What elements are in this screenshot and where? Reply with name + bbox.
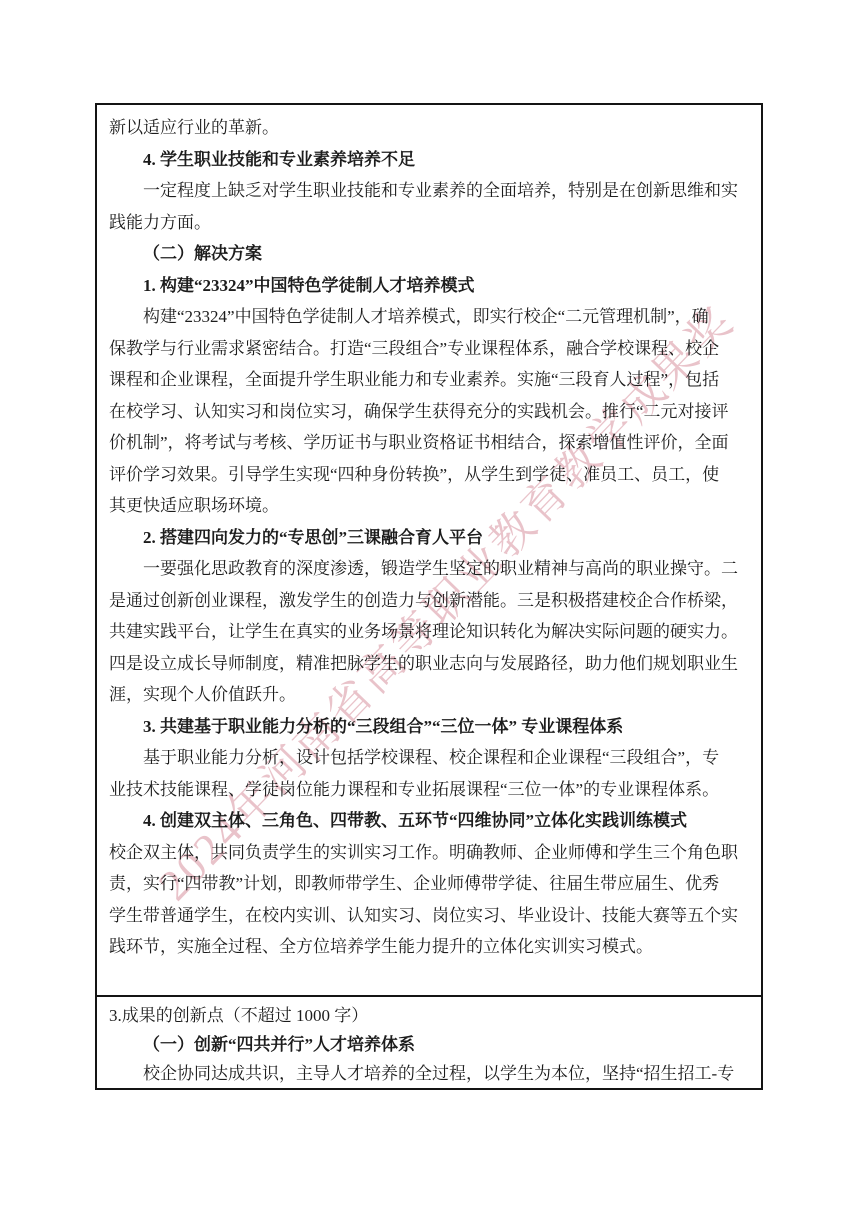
text-line: 四是设立成长导师制度，精准把脉学生的职业志向与发展路径，助力他们规划职业生 xyxy=(109,648,749,680)
text-line: 构建“23324”中国特色学徒制人才培养模式，即实行校企“二元管理机制”，确 xyxy=(109,301,749,333)
table-cell-innovation-section: 3.成果的创新点（不超过 1000 字）（一）创新“四共并行”人才培养体系校企协… xyxy=(97,997,761,1088)
text-line: （二）解决方案 xyxy=(109,238,749,270)
text-line: 1. 构建“23324”中国特色学徒制人才培养模式 xyxy=(109,270,749,302)
text-line: 新以适应行业的革新。 xyxy=(109,112,749,144)
text-line: 在校学习、认知实习和岗位实习，确保学生获得充分的实践机会。推行“二元对接评 xyxy=(109,396,749,428)
text-line: 业技术技能课程、学徒岗位能力课程和专业拓展课程“三位一体”的专业课程体系。 xyxy=(109,774,749,806)
text-line: 评价学习效果。引导学生实现“四种身份转换”，从学生到学徒、准员工、员工，使 xyxy=(109,459,749,491)
text-line: 是通过创新创业课程，激发学生的创造力与创新潜能。三是积极搭建校企合作桥梁， xyxy=(109,585,749,617)
text-line: 校企双主体，共同负责学生的实训实习工作。明确教师、企业师傅和学生三个角色职 xyxy=(109,837,749,869)
text-line: 践能力方面。 xyxy=(109,207,749,239)
text-line: 基于职业能力分析，设计包括学校课程、校企课程和企业课程“三段组合”，专 xyxy=(109,742,749,774)
table-cell-solution-section: 新以适应行业的革新。4. 学生职业技能和专业素养培养不足一定程度上缺乏对学生职业… xyxy=(97,105,761,997)
text-line: 2. 搭建四向发力的“专思创”三课融合育人平台 xyxy=(109,522,749,554)
text-line: 课程和企业课程，全面提升学生职业能力和专业素养。实施“三段育人过程”，包括 xyxy=(109,364,749,396)
text-line: 一定程度上缺乏对学生职业技能和专业素养的全面培养，特别是在创新思维和实 xyxy=(109,175,749,207)
text-line: 涯，实现个人价值跃升。 xyxy=(109,679,749,711)
text-line: 责，实行“四带教”计划，即教师带学生、企业师傅带学徒、往届生带应届生、优秀 xyxy=(109,868,749,900)
text-line: 3.成果的创新点（不超过 1000 字） xyxy=(109,1001,749,1030)
text-line: 共建实践平台，让学生在真实的业务场景将理论知识转化为解决实际问题的硬实力。 xyxy=(109,616,749,648)
text-line: 4. 学生职业技能和专业素养培养不足 xyxy=(109,144,749,176)
text-line: 3. 共建基于职业能力分析的“三段组合”“三位一体” 专业课程体系 xyxy=(109,711,749,743)
text-line: 校企协同达成共识，主导人才培养的全过程，以学生为本位，坚持“招生招工-专 xyxy=(109,1059,749,1088)
form-table: 新以适应行业的革新。4. 学生职业技能和专业素养培养不足一定程度上缺乏对学生职业… xyxy=(95,103,763,1090)
text-line: 一要强化思政教育的深度渗透，锻造学生坚定的职业精神与高尚的职业操守。二 xyxy=(109,553,749,585)
text-line: 其更快适应职场环境。 xyxy=(109,490,749,522)
text-line: 践环节，实施全过程、全方位培养学生能力提升的立体化实训实习模式。 xyxy=(109,931,749,963)
text-line: 学生带普通学生，在校内实训、认知实习、岗位实习、毕业设计、技能大赛等五个实 xyxy=(109,900,749,932)
text-line: 4. 创建双主体、三角色、四带教、五环节“四维协同”立体化实践训练模式 xyxy=(109,805,749,837)
text-line: 价机制”，将考试与考核、学历证书与职业资格证书相结合，探索增值性评价，全面 xyxy=(109,427,749,459)
text-line: （一）创新“四共并行”人才培养体系 xyxy=(109,1030,749,1059)
document-page: 2024年河南省高等职业教育教学成果奖 新以适应行业的革新。4. 学生职业技能和… xyxy=(0,0,859,1216)
text-line: 保教学与行业需求紧密结合。打造“三段组合”专业课程体系，融合学校课程、校企 xyxy=(109,333,749,365)
